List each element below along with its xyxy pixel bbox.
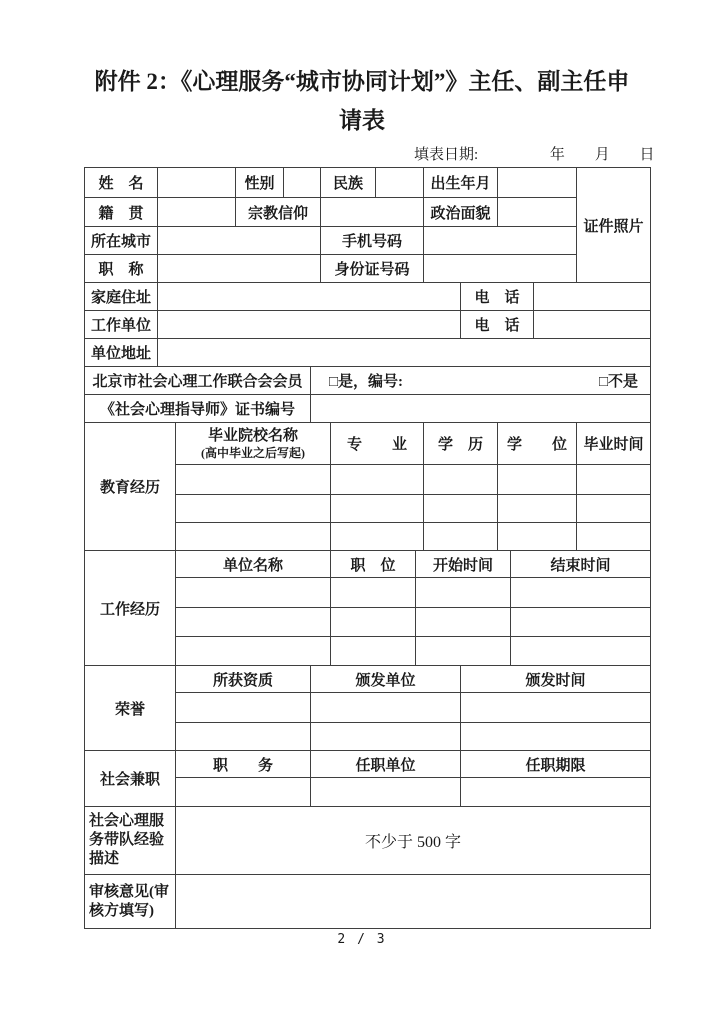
education-header-row: 教育经历 毕业院校名称 (高中毕业之后写起) 专 业 学 历 学 位 毕业时间 [85,423,651,465]
parttime-header-row: 社会兼职 职 务 任职单位 任职期限 [85,751,651,778]
ethnicity-label: 民族 [321,168,376,198]
job-title-label: 职 称 [85,255,158,283]
work-start-cell [416,608,511,637]
experience-description-label: 社会心理服务带队经验描述 [85,807,176,875]
education-section-label: 教育经历 [85,423,176,551]
review-opinion-cell [176,875,651,929]
member-no-checkbox: □不是 [599,370,638,391]
education-degree-header: 学 历 [424,423,498,465]
edu-time-cell [577,523,651,551]
work-phone-input-cell [534,311,651,339]
work-phone-label: 电 话 [461,311,534,339]
work-unit-header: 单位名称 [176,551,331,578]
member-options: □是，编号: □不是 [313,370,648,391]
work-position-cell [331,637,416,666]
id-card-label: 身份证号码 [321,255,424,283]
certificate-number-row: 《社会心理指导师》证书编号 [85,395,651,423]
edu-major-cell [331,465,424,495]
honors-header-row: 荣誉 所获资质 颁发单位 颁发时间 [85,666,651,693]
edu-school-cell [176,465,331,495]
parttime-duty-header: 职 务 [176,751,311,778]
city-input-cell [158,227,321,255]
mobile-input-cell [424,227,577,255]
religion-label: 宗教信仰 [236,198,321,227]
edu-major-cell [331,523,424,551]
education-school-header: 毕业院校名称 (高中毕业之后写起) [176,423,331,465]
job-title-input-cell [158,255,321,283]
federation-member-label: 北京市社会心理工作联合会会员 [85,367,311,395]
honor-issuer-cell [311,723,461,751]
work-position-cell [331,608,416,637]
federation-member-options-cell: □是，编号: □不是 [311,367,651,395]
edu-time-cell [577,495,651,523]
honor-issuer-cell [311,693,461,723]
work-start-header: 开始时间 [416,551,511,578]
job-title-row: 职 称 身份证号码 [85,255,651,283]
education-time-header: 毕业时间 [577,423,651,465]
work-position-header: 职 位 [331,551,416,578]
native-place-input-cell [158,198,236,227]
religion-input-cell [321,198,424,227]
name-label: 姓 名 [85,168,158,198]
date-label: 填表日期: [414,147,478,163]
home-address-input-cell [158,283,461,311]
address-table: 家庭住址 电 话 工作单位 电 话 单位地址 [84,282,651,367]
honor-time-cell [461,693,651,723]
honors-table: 荣誉 所获资质 颁发单位 颁发时间 [84,665,651,751]
parttime-section-label: 社会兼职 [85,751,176,807]
gender-label: 性别 [236,168,284,198]
work-end-cell [511,637,651,666]
parttime-unit-cell [311,778,461,807]
work-start-cell [416,578,511,608]
edu-diploma-cell [498,495,577,523]
certificate-number-label: 《社会心理指导师》证书编号 [85,395,311,423]
political-input-cell [498,198,577,227]
parttime-duty-cell [176,778,311,807]
honors-time-header: 颁发时间 [461,666,651,693]
basic-identity-table: 姓 名 性别 民族 出生年月 证件照片 籍 贯 宗教信仰 政治面貌 所在城市 手… [84,167,651,283]
id-card-input-cell [424,255,577,283]
edu-degree-cell [424,495,498,523]
application-form-page: 附件 2：《心理服务“城市协同计划”》主任、副主任申 请表 填表日期: 年 月 … [0,0,724,1024]
date-month-label: 月 [595,147,610,163]
native-place-row: 籍 贯 宗教信仰 政治面貌 [85,198,651,227]
parttime-table: 社会兼职 职 务 任职单位 任职期限 [84,750,651,807]
experience-description-row: 社会心理服务带队经验描述 不少于 500 字 [85,807,651,875]
review-opinion-label: 审核意见(审核方填写) [85,875,176,929]
employer-label: 工作单位 [85,311,158,339]
employer-row: 工作单位 电 话 [85,311,651,339]
honors-issuer-header: 颁发单位 [311,666,461,693]
work-start-cell [416,637,511,666]
work-section-label: 工作经历 [85,551,176,666]
home-phone-label: 电 话 [461,283,534,311]
unit-address-input-cell [158,339,651,367]
work-unit-cell [176,637,331,666]
experience-description-cell: 不少于 500 字 [176,807,651,875]
edu-degree-cell [424,523,498,551]
work-end-cell [511,608,651,637]
work-unit-cell [176,608,331,637]
ethnicity-input-cell [376,168,424,198]
membership-table: 北京市社会心理工作联合会会员 □是，编号: □不是 《社会心理指导师》证书编号 [84,366,651,423]
work-position-cell [331,578,416,608]
name-input-cell [158,168,236,198]
parttime-term-cell [461,778,651,807]
page-title-line2: 请表 [0,101,724,140]
birth-input-cell [498,168,577,198]
home-address-label: 家庭住址 [85,283,158,311]
description-review-table: 社会心理服务带队经验描述 不少于 500 字 审核意见(审核方填写) [84,806,651,929]
school-header-text: 毕业院校名称 [178,427,328,446]
edu-diploma-cell [498,523,577,551]
work-end-cell [511,578,651,608]
certificate-number-input-cell [311,395,651,423]
form-date-line: 填表日期: 年 月 日 [414,143,724,163]
honors-qualification-header: 所获资质 [176,666,311,693]
page-number: 2 / 3 [0,932,724,947]
review-opinion-row: 审核意见(审核方填写) [85,875,651,929]
page-title: 附件 2：《心理服务“城市协同计划”》主任、副主任申 请表 [0,0,724,140]
edu-school-cell [176,495,331,523]
unit-address-label: 单位地址 [85,339,158,367]
member-yes-checkbox: □是，编号: [329,370,403,391]
honor-time-cell [461,723,651,751]
work-unit-cell [176,578,331,608]
mobile-label: 手机号码 [321,227,424,255]
gender-input-cell [284,168,321,198]
city-label: 所在城市 [85,227,158,255]
name-row: 姓 名 性别 民族 出生年月 证件照片 [85,168,651,198]
photo-cell: 证件照片 [577,168,651,283]
school-header-note: (高中毕业之后写起) [178,446,328,460]
education-major-header: 专 业 [331,423,424,465]
federation-member-row: 北京市社会心理工作联合会会员 □是，编号: □不是 [85,367,651,395]
edu-major-cell [331,495,424,523]
work-header-row: 工作经历 单位名称 职 位 开始时间 结束时间 [85,551,651,578]
employer-input-cell [158,311,461,339]
parttime-term-header: 任职期限 [461,751,651,778]
birth-label: 出生年月 [424,168,498,198]
honor-qualification-cell [176,693,311,723]
honor-qualification-cell [176,723,311,751]
edu-degree-cell [424,465,498,495]
political-label: 政治面貌 [424,198,498,227]
edu-school-cell [176,523,331,551]
work-end-header: 结束时间 [511,551,651,578]
unit-address-row: 单位地址 [85,339,651,367]
honors-section-label: 荣誉 [85,666,176,751]
home-phone-input-cell [534,283,651,311]
date-day-label: 日 [639,147,654,163]
education-diploma-header: 学 位 [498,423,577,465]
date-year-label: 年 [550,147,565,163]
edu-time-cell [577,465,651,495]
parttime-unit-header: 任职单位 [311,751,461,778]
work-experience-table: 工作经历 单位名称 职 位 开始时间 结束时间 [84,550,651,666]
home-address-row: 家庭住址 电 话 [85,283,651,311]
education-table: 教育经历 毕业院校名称 (高中毕业之后写起) 专 业 学 历 学 位 毕业时间 [84,422,651,551]
native-place-label: 籍 贯 [85,198,158,227]
page-title-line1: 附件 2：《心理服务“城市协同计划”》主任、副主任申 [0,62,724,101]
edu-diploma-cell [498,465,577,495]
city-row: 所在城市 手机号码 [85,227,651,255]
